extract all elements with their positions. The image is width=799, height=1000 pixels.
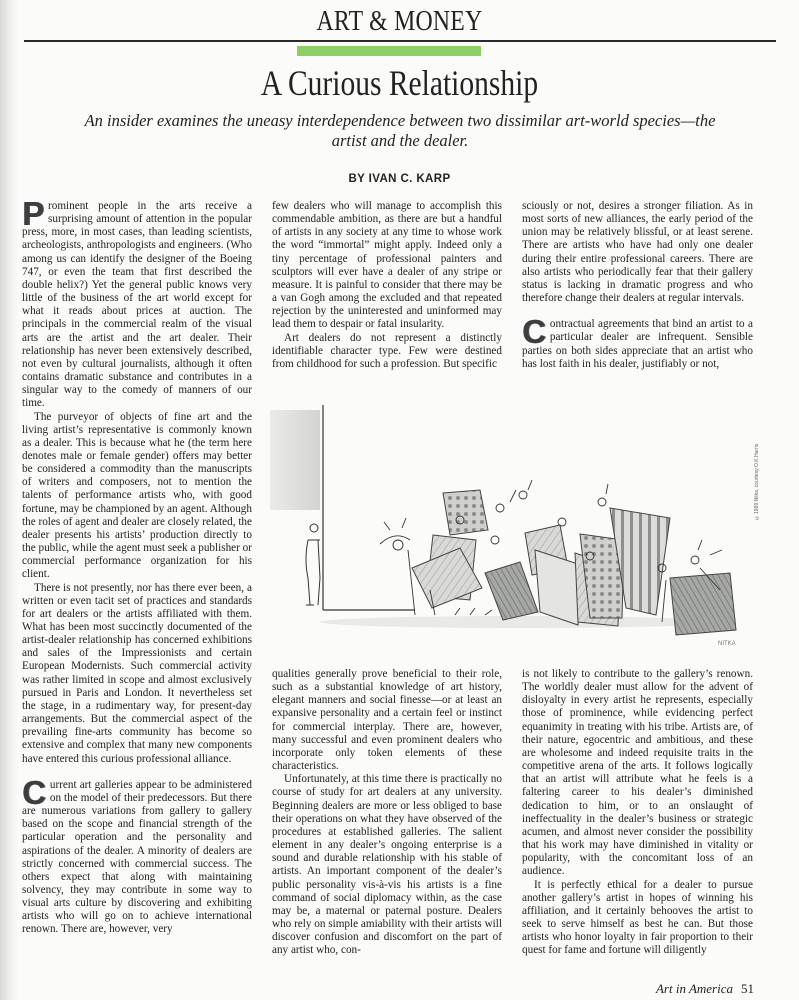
byline: BY IVAN C. KARP	[0, 173, 799, 185]
paragraph: There is not presently, nor has there ev…	[22, 582, 252, 766]
paragraph: Contractual agreements that bind an arti…	[522, 318, 753, 371]
article-column-3-top: sciously or not, desires a stronger fili…	[522, 200, 753, 371]
article-column-1: Prominent people in the arts receive a s…	[22, 200, 252, 937]
header-rule	[24, 40, 776, 42]
page-gutter-shadow	[0, 0, 18, 1000]
accent-bar	[297, 46, 481, 56]
paragraph: Art dealers do not represent a distinctl…	[272, 332, 502, 371]
drop-cap: C	[522, 319, 546, 344]
drop-cap: P	[22, 201, 44, 226]
paragraph: is not likely to contribute to the galle…	[522, 668, 753, 879]
dek-subtitle: An insider examines the uneasy interdepe…	[80, 111, 720, 151]
paragraph: The purveyor of objects of fine art and …	[22, 411, 252, 582]
magazine-name: Art in America	[656, 981, 733, 996]
page-number: 51	[741, 981, 754, 996]
page-title: A Curious Relationship	[72, 62, 727, 104]
paragraph: Current art galleries appear to be admin…	[22, 779, 252, 937]
section-title: ART & MONEY	[72, 4, 727, 38]
paragraph-text: rominent people in the arts receive a su…	[22, 200, 252, 409]
paragraph: Unfortunately, at this time there is pra…	[272, 773, 502, 957]
drop-cap: C	[22, 780, 46, 805]
paragraph-text: ontractual agreements that bind an artis…	[522, 318, 753, 369]
cartoon-illustration: NITKA	[270, 390, 750, 660]
article-column-2-bottom: qualities generally prove beneficial to …	[272, 668, 502, 957]
paragraph-text: urrent art galleries appear to be admini…	[22, 779, 252, 936]
paragraph: Prominent people in the arts receive a s…	[22, 200, 252, 411]
article-column-3-bottom: is not likely to contribute to the galle…	[522, 668, 753, 957]
paragraph: sciously or not, desires a stronger fili…	[522, 200, 753, 305]
paragraph: few dealers who will manage to accomplis…	[272, 200, 502, 332]
article-column-2-top: few dealers who will manage to accomplis…	[272, 200, 502, 371]
paragraph: It is perfectly ethical for a dealer to …	[522, 879, 753, 958]
paragraph: qualities generally prove beneficial to …	[272, 668, 502, 773]
cartoon-signature: NITKA	[718, 641, 736, 647]
page-footer: Art in America51	[656, 981, 754, 997]
illustration-credit: ©1989 Nitka, courtesy O.K.Harris	[754, 440, 768, 520]
